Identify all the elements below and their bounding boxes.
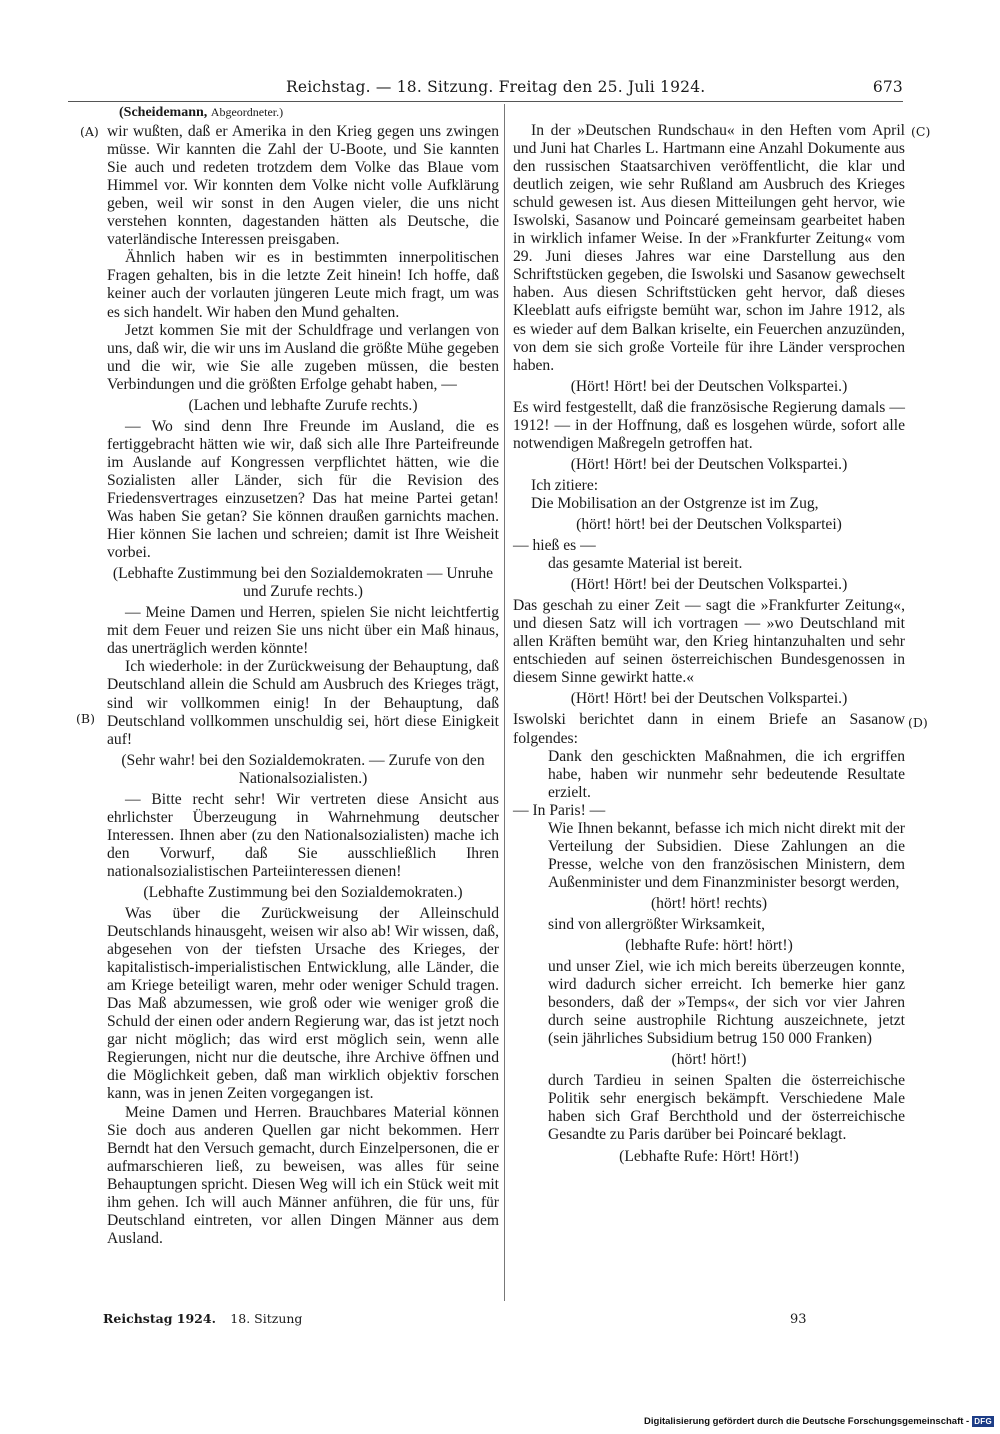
interjection: (Hört! Hört! bei der Deutschen Volkspart…: [513, 456, 905, 474]
interjection: (Lebhafte Rufe: Hört! Hört!): [513, 1148, 905, 1166]
interjection: (Hört! Hört! bei der Deutschen Volkspart…: [513, 576, 905, 594]
paragraph: — In Paris! —: [513, 802, 905, 820]
paragraph: Die Mobilisation an der Ostgrenze ist im…: [513, 495, 905, 513]
interjection: (Lachen und lebhafte Zurufe rechts.): [107, 397, 499, 415]
paragraph: Ich wiederhole: in der Zurückweisung der…: [107, 658, 499, 748]
paragraph: Jetzt kommen Sie mit der Schuldfrage und…: [107, 322, 499, 394]
interjection: (Sehr wahr! bei den Sozialdemokraten. — …: [107, 752, 499, 788]
margin-mark-d: (D): [908, 715, 928, 730]
paragraph: Iswolski berichtet dann in einem Briefe …: [513, 711, 905, 747]
paragraph: Was über die Zurückweisung der Alleinsch…: [107, 905, 499, 1104]
paragraph: Ähnlich haben wir es in bestimmten inner…: [107, 249, 499, 321]
page-number: 673: [873, 78, 903, 96]
paragraph: — Meine Damen und Herren, spielen Sie ni…: [107, 604, 499, 658]
paragraph: In der »Deutschen Rundschau« in den Heft…: [513, 122, 905, 375]
paragraph: Es wird festgestellt, daß die französisc…: [513, 399, 905, 453]
paragraph: Dank den geschickten Maßnahmen, die ich …: [513, 748, 905, 802]
interjection: (hört! hört!): [513, 1051, 905, 1069]
interjection: (hört! hört! rechts): [513, 895, 905, 913]
interjection: (Lebhafte Zustimmung bei den Sozialdemok…: [107, 884, 499, 902]
paragraph: durch Tardieu in seinen Spalten die öste…: [513, 1072, 905, 1144]
paragraph: Ich zitiere:: [513, 477, 905, 495]
dfg-logo-icon: DFG: [972, 1416, 994, 1427]
paragraph: — hieß es —: [513, 537, 905, 555]
footer-session: 18. Sitzung: [230, 1311, 302, 1326]
paragraph: Meine Damen und Herren. Brauchbares Mate…: [107, 1104, 499, 1248]
dfg-notice-text: Digitalisierung gefördert durch die Deut…: [644, 1416, 969, 1427]
running-header: Reichstag. — 18. Sitzung. Freitag den 25…: [68, 78, 903, 100]
speaker-name: (Scheidemann,: [119, 105, 207, 120]
header-title: Reichstag. — 18. Sitzung. Freitag den 25…: [286, 78, 705, 96]
paragraph: und unser Ziel, wie ich mich bereits übe…: [513, 958, 905, 1048]
right-column-body: In der »Deutschen Rundschau« in den Heft…: [513, 122, 905, 1166]
paragraph: Wie Ihnen bekannt, befasse ich mich nich…: [513, 820, 905, 892]
speaker-label: (Scheidemann, Abgeordneter.): [119, 103, 499, 122]
margin-mark-c: (C): [911, 124, 930, 139]
header-rule: [68, 101, 903, 102]
margin-mark-a: (A): [80, 124, 99, 139]
paragraph: Das geschah zu einer Zeit — sagt die »Fr…: [513, 597, 905, 687]
dfg-notice: Digitalisierung gefördert durch die Deut…: [644, 1416, 994, 1427]
column-divider: [504, 104, 505, 1301]
interjection: (Hört! Hört! bei der Deutschen Volkspart…: [513, 690, 905, 708]
footer-volume: Reichstag 1924. 18. Sitzung: [103, 1311, 302, 1326]
interjection: (hört! hört! bei der Deutschen Volkspart…: [513, 516, 905, 534]
left-column: (Scheidemann, Abgeordneter.) wir wußten,…: [107, 103, 499, 1248]
interjection: (Lebhafte Zustimmung bei den Sozialdemok…: [107, 565, 499, 601]
paragraph: — Wo sind denn Ihre Freunde im Ausland, …: [107, 418, 499, 562]
margin-mark-b: (B): [76, 711, 95, 726]
interjection: (lebhafte Rufe: hört! hört!): [513, 937, 905, 955]
interjection: (Hört! Hört! bei der Deutschen Volkspart…: [513, 378, 905, 396]
paragraph: — Bitte recht sehr! Wir vertreten diese …: [107, 791, 499, 881]
paragraph: sind von allergrößter Wirksamkeit,: [513, 916, 905, 934]
right-column: In der »Deutschen Rundschau« in den Heft…: [513, 122, 905, 1169]
speaker-role: Abgeordneter.): [211, 105, 283, 119]
footer-title: Reichstag 1924.: [103, 1311, 216, 1326]
printer-signature: 93: [790, 1312, 807, 1327]
paragraph: das gesamte Material ist bereit.: [513, 555, 905, 573]
paragraph: wir wußten, daß er Amerika in den Krieg …: [107, 123, 499, 249]
left-column-body: wir wußten, daß er Amerika in den Krieg …: [107, 123, 499, 1248]
